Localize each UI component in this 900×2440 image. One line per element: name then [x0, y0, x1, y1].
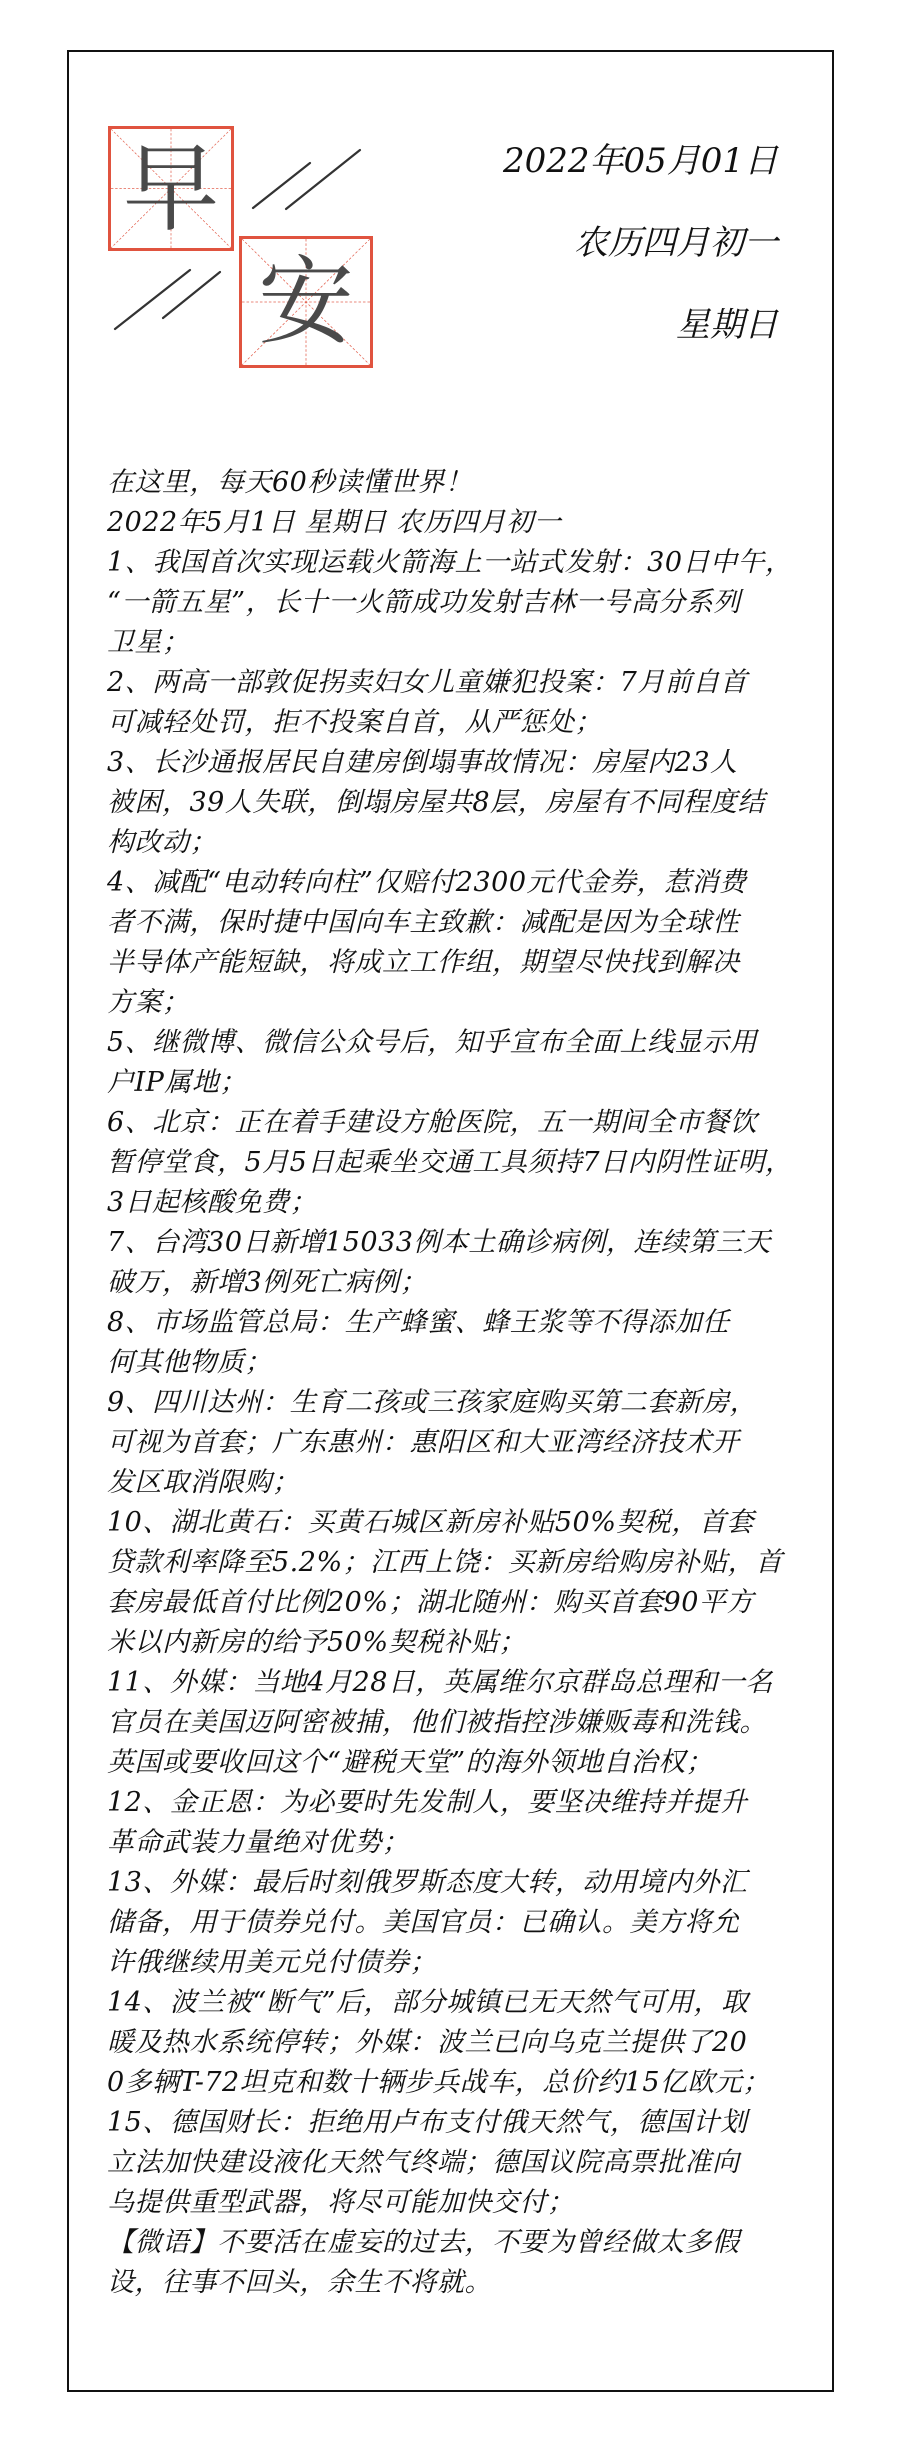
tile-glyph: 安 [242, 239, 370, 365]
news-item-14-line: 14、波兰被“断气”后，部分城镇已无天然气可用，取 [107, 1983, 817, 2023]
news-item-13-line: 储备，用于债券兑付。美国官员：已确认。美方将允 [107, 1903, 817, 1943]
intro-line: 在这里，每天60秒读懂世界！ [107, 463, 817, 503]
news-item-8-line: 8、市场监管总局：生产蜂蜜、蜂王浆等不得添加任 [107, 1303, 817, 1343]
news-item-2-line: 2、两高一部敦促拐卖妇女儿童嫌犯投案：7月前自首 [107, 663, 817, 703]
news-item-6-line: 3日起核酸免费； [107, 1183, 817, 1223]
news-item-11-line: 11、外媒：当地4月28日，英属维尔京群岛总理和一名 [107, 1663, 817, 1703]
news-item-10-line: 贷款利率降至5.2%；江西上饶：买新房给购房补贴，首 [107, 1543, 817, 1583]
news-item-12-line: 12、金正恩：为必要时先发制人，要坚决维持并提升 [107, 1783, 817, 1823]
dateline: 2022年5月1日 星期日 农历四月初一 [107, 503, 817, 543]
news-item-13-line: 许俄继续用美元兑付债券； [107, 1943, 817, 1983]
news-item-12-line: 革命武装力量绝对优势； [107, 1823, 817, 1863]
weekday: 星期日 [503, 304, 778, 346]
news-item-10-line: 套房最低首付比例20%；湖北随州：购买首套90平方 [107, 1583, 817, 1623]
news-item-7-line: 7、台湾30日新增15033例本土确诊病例，连续第三天 [107, 1223, 817, 1263]
news-item-15-line: 乌提供重型武器，将尽可能加快交付； [107, 2183, 817, 2223]
news-item-4-line: 者不满，保时捷中国向车主致歉：减配是因为全球性 [107, 903, 817, 943]
news-item-10-line: 米以内新房的给予50%契税补贴； [107, 1623, 817, 1663]
news-item-15-line: 立法加快建设液化天然气终端；德国议院高票批准向 [107, 2143, 817, 2183]
news-item-1-line: “一箭五星”，长十一火箭成功发射吉林一号高分系列 [107, 583, 817, 623]
quote-line: 【微语】不要活在虚妄的过去，不要为曾经做太多假 [107, 2223, 817, 2263]
quote-line: 设，往事不回头，余生不将就。 [107, 2263, 817, 2303]
tile-zao: 早 [108, 126, 234, 251]
news-item-11-line: 官员在美国迈阿密被捕，他们被指控涉嫌贩毒和洗钱。 [107, 1703, 817, 1743]
gregorian-date: 2022年05月01日 [503, 140, 778, 182]
news-item-3-line: 3、长沙通报居民自建房倒塌事故情况：房屋内23人 [107, 743, 817, 783]
news-item-9-line: 9、四川达州：生育二孩或三孩家庭购买第二套新房， [107, 1383, 817, 1423]
news-item-10-line: 10、湖北黄石：买黄石城区新房补贴50%契税，首套 [107, 1503, 817, 1543]
news-item-11-line: 英国或要收回这个“避税天堂”的海外领地自治权； [107, 1743, 817, 1783]
news-item-5-line: 户IP属地； [107, 1063, 817, 1103]
news-item-13-line: 13、外媒：最后时刻俄罗斯态度大转，动用境内外汇 [107, 1863, 817, 1903]
news-item-2-line: 可减轻处罚，拒不投案自首，从严惩处； [107, 703, 817, 743]
news-item-6-line: 6、北京：正在着手建设方舱医院，五一期间全市餐饮 [107, 1103, 817, 1143]
news-item-5-line: 5、继微博、微信公众号后，知乎宣布全面上线显示用 [107, 1023, 817, 1063]
news-item-3-line: 构改动； [107, 823, 817, 863]
lunar-date: 农历四月初一 [503, 222, 778, 264]
news-item-9-line: 发区取消限购； [107, 1463, 817, 1503]
news-item-9-line: 可视为首套；广东惠州：惠阳区和大亚湾经济技术开 [107, 1423, 817, 1463]
news-item-4-line: 方案； [107, 983, 817, 1023]
tile-glyph: 早 [111, 129, 231, 248]
news-item-6-line: 暂停堂食，5月5日起乘坐交通工具须持7日内阴性证明， [107, 1143, 817, 1183]
news-item-1-line: 1、我国首次实现运载火箭海上一站式发射：30日中午， [107, 543, 817, 583]
news-item-3-line: 被困，39人失联，倒塌房屋共8层，房屋有不同程度结 [107, 783, 817, 823]
tile-an: 安 [239, 236, 373, 368]
news-item-4-line: 4、减配“电动转向柱”仅赔付2300元代金券，惹消费 [107, 863, 817, 903]
news-item-8-line: 何其他物质； [107, 1343, 817, 1383]
news-item-7-line: 破万，新增3例死亡病例； [107, 1263, 817, 1303]
news-item-1-line: 卫星； [107, 623, 817, 663]
news-item-14-line: 0多辆T-72坦克和数十辆步兵战车，总价约15亿欧元； [107, 2063, 817, 2103]
date-block: 2022年05月01日 农历四月初一 星期日 [503, 140, 778, 346]
news-item-4-line: 半导体产能短缺，将成立工作组，期望尽快找到解决 [107, 943, 817, 983]
news-item-15-line: 15、德国财长：拒绝用卢布支付俄天然气，德国计划 [107, 2103, 817, 2143]
news-item-14-line: 暖及热水系统停转；外媒：波兰已向乌克兰提供了20 [107, 2023, 817, 2063]
news-body: 在这里，每天60秒读懂世界！ 2022年5月1日 星期日 农历四月初一 1、我国… [107, 463, 817, 2303]
